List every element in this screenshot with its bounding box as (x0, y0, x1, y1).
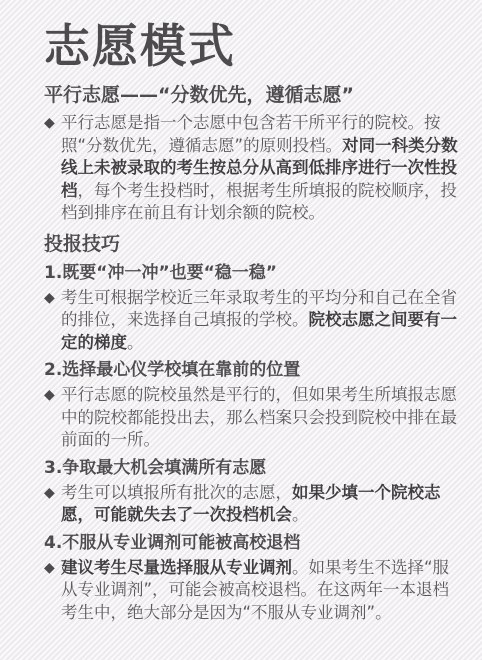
tip-heading: 1.既要“冲一冲”也要“稳一稳” (44, 261, 462, 285)
tip-1: 1.既要“冲一冲”也要“稳一稳” ◆ 考生可根据学校近三年录取考生的平均分和自己… (44, 261, 462, 355)
tip-4: 4.不服从专业调剂可能被高校退档 ◆ 建议考生尽量选择服从专业调剂。如果考生不选… (44, 531, 462, 625)
tip-3: 3.争取最大机会填满所有志愿 ◆ 考生可以填报所有批次的志愿，如果少填一个院校志… (44, 456, 462, 527)
intro-paragraph: ◆ 平行志愿是指一个志愿中包含若干所平行的院校。按照“分数优先，遵循志愿”的原则… (44, 112, 462, 225)
tip-heading: 4.不服从专业调剂可能被高校退档 (44, 531, 462, 555)
subtitle: 平行志愿——“分数优先，遵循志愿” (44, 82, 462, 108)
diamond-bullet-icon: ◆ (44, 287, 55, 310)
tip-paragraph: ◆ 建议考生尽量选择服从专业调剂。如果考生不选择“服从专业调剂”，可能会被高校退… (44, 557, 462, 625)
tip-paragraph: ◆ 考生可以填报所有批次的志愿，如果少填一个院校志愿，可能就失去了一次投档机会。 (44, 482, 462, 527)
tip-heading: 2.选择最心仪学校填在靠前的位置 (44, 358, 462, 382)
diamond-bullet-icon: ◆ (44, 384, 55, 407)
tip-2: 2.选择最心仪学校填在靠前的位置 ◆ 平行志愿的院校虽然是平行的，但如果考生所填… (44, 358, 462, 452)
tips-heading: 投报技巧 (44, 231, 462, 257)
tip-paragraph: ◆ 考生可根据学校近三年录取考生的平均分和自己在全省的排位，来选择自己填报的学校… (44, 287, 462, 355)
tip-heading: 3.争取最大机会填满所有志愿 (44, 456, 462, 480)
document: 志愿模式 平行志愿——“分数优先，遵循志愿” ◆ 平行志愿是指一个志愿中包含若干… (0, 0, 482, 624)
diamond-bullet-icon: ◆ (44, 112, 55, 135)
diamond-bullet-icon: ◆ (44, 557, 55, 580)
page-title: 志愿模式 (44, 18, 462, 74)
diamond-bullet-icon: ◆ (44, 482, 55, 505)
tip-paragraph: ◆ 平行志愿的院校虽然是平行的，但如果考生所填报志愿中的院校都能投出去，那么档案… (44, 384, 462, 452)
